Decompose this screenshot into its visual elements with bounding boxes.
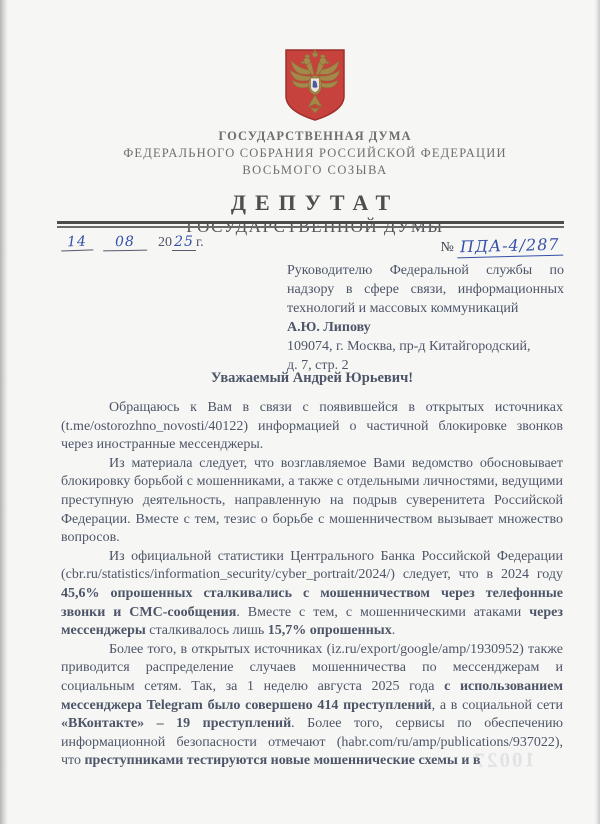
year-field: 2025г. (158, 235, 204, 250)
org-name-line3: ВОСЬМОГО СОЗЫВА (30, 163, 600, 178)
bleedthrough-number: 10027 (455, 747, 535, 773)
paragraph-run: Обращаюсь к Вам в связи с появившейся в … (61, 400, 563, 452)
date-field: 14 08 2025г. (61, 234, 204, 251)
page-left-edge-shadow (0, 0, 8, 824)
paragraph: Обращаюсь к Вам в связи с появившейся в … (61, 399, 563, 455)
scanned-letter-page: ГОСУДАРСТВЕННАЯ ДУМА ФЕДЕРАЛЬНОГО СОБРАН… (0, 0, 600, 824)
date-and-number-line: 14 08 2025г. № ПДА-4/287 (61, 234, 563, 256)
number-sign: № (441, 240, 454, 255)
paragraph: Из официальной статистики Центрального Б… (61, 548, 563, 641)
handwritten-year: 25 (172, 234, 196, 251)
paragraph-bold-run: преступниками тестируются новые мошеннич… (84, 753, 480, 768)
handwritten-month: 08 (102, 234, 146, 252)
recipient-name: А.Ю. Липову (287, 318, 564, 337)
paragraph-run: сталкивалось лишь (146, 623, 268, 638)
org-name-line2: ФЕДЕРАЛЬНОГО СОБРАНИЯ РОССИЙСКОЙ ФЕДЕРАЦ… (30, 146, 600, 161)
paragraph-run: . (392, 623, 396, 638)
body-paragraphs: Обращаюсь к Вам в связи с появившейся в … (61, 399, 563, 771)
paragraph-bold-run: 15,7% опрошенных (268, 623, 392, 638)
salutation: Уважаемый Андрей Юрьевич! (61, 370, 563, 387)
letterhead-divider-double-rule (57, 221, 564, 228)
coat-of-arms-icon (283, 47, 347, 123)
document-number-field: № ПДА-4/287 (441, 236, 563, 257)
paragraph-bold-run: «ВКонтакте» – 19 преступлений (61, 716, 291, 731)
recipient-address-line1: 109074, г. Москва, пр-д Китайгородский, (287, 337, 564, 356)
handwritten-day: 14 (61, 233, 94, 251)
year-printed-prefix: 20 (158, 235, 172, 250)
recipient-position: Руководителю Федеральной службы по надзо… (287, 261, 564, 318)
org-name-line1: ГОСУДАРСТВЕННАЯ ДУМА (30, 129, 600, 144)
recipient-block: Руководителю Федеральной службы по надзо… (287, 261, 564, 375)
letterhead-title-deputy: ДЕПУТАТ (30, 190, 600, 216)
paragraph-run: , а в социальной сети (432, 698, 563, 713)
page-right-edge-shadow (594, 0, 600, 824)
paragraph-run: Из официальной статистики Центрального Б… (61, 549, 563, 583)
paragraph: Из материала следует, что возглавляемое … (61, 455, 563, 548)
paragraph-run: . Вместе с тем, с мошенническими атаками (236, 605, 529, 620)
handwritten-document-number: ПДА-4/287 (457, 235, 563, 259)
paragraph-run: Из материала следует, что возглавляемое … (61, 456, 563, 545)
year-suffix: г. (196, 235, 204, 250)
